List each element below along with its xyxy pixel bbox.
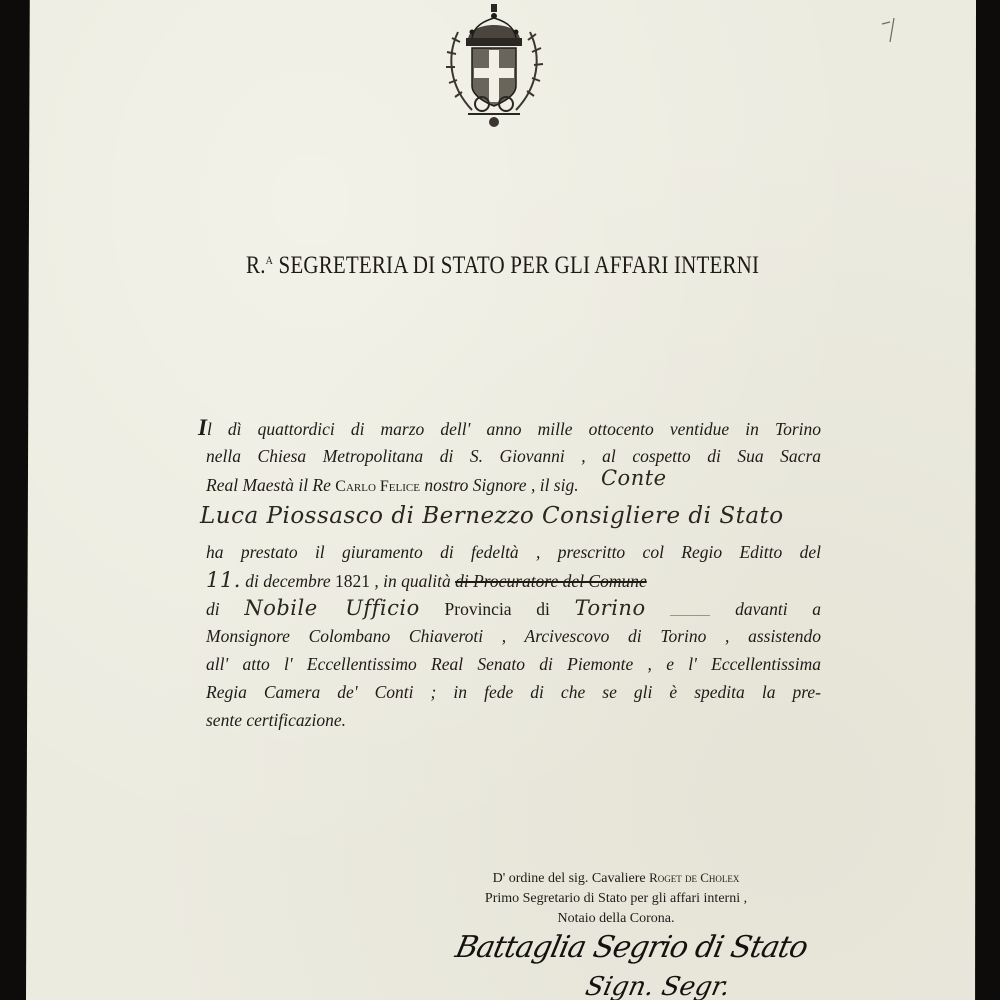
struck-through-text: di Procuratore del Comune xyxy=(455,571,647,591)
footer-line-1: D' ordine del sig. Cavaliere Roget de Ch… xyxy=(436,868,796,889)
handwritten-title: Conte xyxy=(601,466,667,490)
royal-savoy-coat-of-arms-icon xyxy=(438,2,550,130)
handwritten-province: Torino xyxy=(575,596,646,620)
body-line-2: nella Chiesa Metropolitana di S. Giovann… xyxy=(206,443,821,469)
handwritten-day: 11. xyxy=(206,568,241,592)
edict-year: 1821 xyxy=(335,571,370,591)
body-line-5: ha prestato il giuramento di fedeltà , p… xyxy=(206,539,821,565)
margin-tick-marks xyxy=(876,14,906,44)
body-line-11: sente certificazione. xyxy=(206,707,346,733)
document-heading: R.A SEGRETERIA DI STATO PER GLI AFFARI I… xyxy=(104,252,902,280)
signatory-block: D' ordine del sig. Cavaliere Roget de Ch… xyxy=(436,868,796,929)
footer-line-2: Primo Segretario di Stato per gli affari… xyxy=(436,889,796,909)
drop-cap: I xyxy=(198,415,207,440)
body-line-10: Regia Camera de' Conti ; in fede di che … xyxy=(206,679,821,705)
handwritten-signature: Battaglia Segrio di Stato xyxy=(452,930,810,965)
body-line-6: 11. di decembre 1821 , in qualità di Pro… xyxy=(206,567,647,593)
blank-underline xyxy=(670,605,710,616)
body-line-9: all' atto l' Eccellentissimo Real Senato… xyxy=(206,651,821,677)
secretary-name: Roget de Cholex xyxy=(649,870,739,885)
king-name: Carlo Felice xyxy=(335,478,420,495)
handwritten-name-line: Luca Piossasco di Bernezzo Consigliere d… xyxy=(200,503,784,529)
handwritten-signature-line-2: Sign. Segr. xyxy=(583,972,733,1000)
document-paper: R.A SEGRETERIA DI STATO PER GLI AFFARI I… xyxy=(26,0,976,1000)
body-line-1: Il dì quattordici di marzo dell' anno mi… xyxy=(198,415,821,441)
body-line-3: Real Maestà il Re Carlo Felice nostro Si… xyxy=(206,471,667,497)
heading-prefix: R. xyxy=(246,252,266,279)
body-line-8: Monsignore Colombano Chiaveroti , Arcive… xyxy=(206,623,821,649)
handwritten-office: Nobile Ufficio xyxy=(244,596,419,620)
heading-superscript: A xyxy=(266,253,273,267)
heading-title: SEGRETERIA DI STATO PER GLI AFFARI INTER… xyxy=(273,252,759,279)
footer-line-3: Notaio della Corona. xyxy=(436,909,796,929)
body-line-7: di Nobile Ufficio Provincia di Torino da… xyxy=(206,595,821,621)
